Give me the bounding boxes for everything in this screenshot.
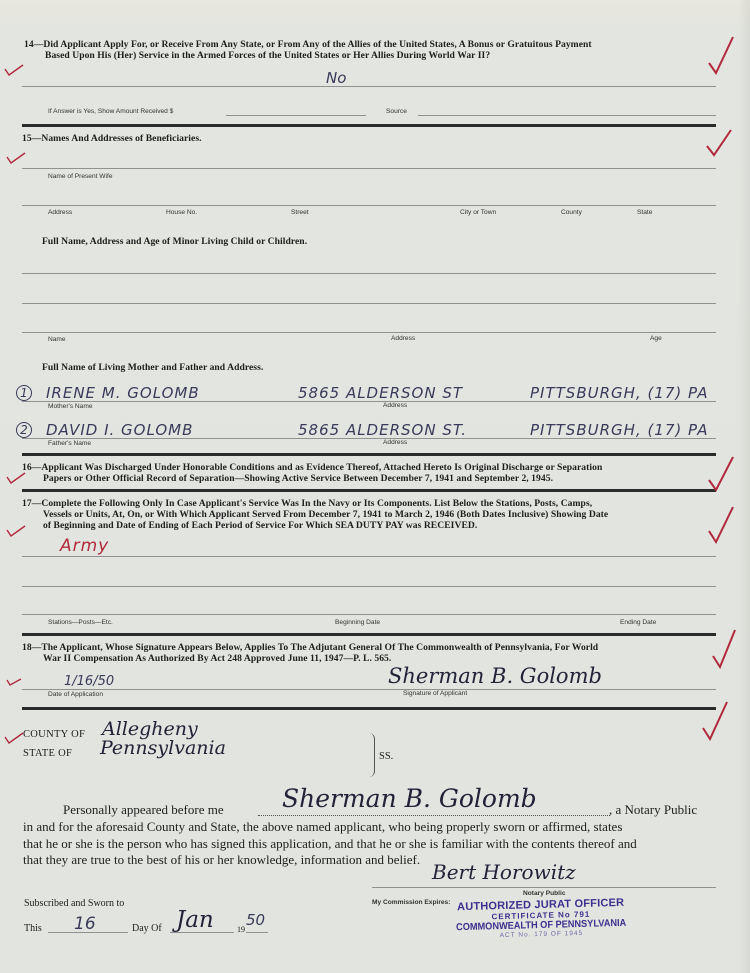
jurat-body-line-2: that he or she is the person who has sig… — [23, 836, 723, 853]
source-field[interactable] — [418, 115, 716, 116]
child-name-label: Name — [48, 336, 66, 343]
check-mark-icon — [4, 63, 24, 77]
question-17-line-3: of Beginning and Date of Ending of Each … — [22, 520, 722, 531]
state-label: State — [637, 209, 652, 216]
children-heading: Full Name, Address and Age of Minor Livi… — [42, 236, 307, 247]
application-date[interactable]: 1/16/50 — [64, 674, 114, 689]
amount-label: If Answer is Yes, Show Amount Received $ — [48, 108, 173, 115]
application-form-page: 14—Did Applicant Apply For, or Receive F… — [0, 0, 750, 973]
jurat-body-line-1: in and for the aforesaid County and Stat… — [23, 819, 723, 836]
father-name-label: Father's Name — [48, 440, 91, 447]
question-16: 16—Applicant Was Discharged Under Honora… — [22, 462, 722, 484]
source-label: Source — [386, 108, 407, 115]
beginning-date-label: Beginning Date — [335, 619, 380, 626]
bracket — [368, 733, 375, 777]
street-label: Street — [291, 209, 309, 216]
check-mark-icon — [706, 505, 736, 545]
year-prefix: 19 — [237, 925, 245, 934]
mother-address[interactable]: 5865 ALDERSON ST — [298, 384, 463, 402]
question-18-line-1: 18—The Applicant, Whose Signature Appear… — [22, 642, 598, 653]
subscribed-label: Subscribed and Sworn to — [24, 898, 124, 909]
ending-date-label: Ending Date — [620, 619, 656, 626]
signature-of-applicant-label: Signature of Applicant — [403, 690, 467, 697]
signature-line — [22, 689, 716, 690]
appeared-prefix: Personally appeared before me — [63, 802, 224, 818]
father-marker: 2 — [16, 422, 32, 438]
question-14-answer[interactable]: No — [326, 69, 346, 87]
commission-expires-label: My Commission Expires: — [372, 899, 450, 906]
check-mark-icon — [704, 128, 734, 158]
stations-line-3[interactable] — [22, 614, 716, 615]
appeared-suffix: , a Notary Public — [609, 802, 697, 818]
check-mark-icon — [6, 151, 26, 165]
question-14-line-2: Based Upon His (Her) Service in the Arme… — [24, 50, 724, 61]
check-mark-icon — [706, 455, 736, 493]
child-age-label: Age — [650, 335, 662, 342]
question-16-line-2: Papers or Other Official Record of Separ… — [22, 473, 722, 484]
stations-line-1[interactable] — [22, 556, 716, 557]
father-name[interactable]: DAVID I. GOLOMB — [46, 421, 193, 439]
jurat-officer-stamp: AUTHORIZED JURAT OFFICER CERTIFICATE No … — [446, 897, 637, 941]
question-18-line-2: War II Compensation As Authorized By Act… — [22, 653, 722, 664]
check-mark-icon — [4, 731, 24, 745]
state-label: STATE OF — [23, 748, 72, 759]
father-address-label: Address — [383, 439, 407, 446]
stations-line-2[interactable] — [22, 586, 716, 587]
county-label: County — [561, 209, 582, 216]
question-16-line-1: 16—Applicant Was Discharged Under Honora… — [22, 462, 602, 473]
day-value[interactable]: 16 — [74, 914, 96, 934]
amount-field[interactable] — [226, 115, 366, 116]
jurat-body: in and for the aforesaid County and Stat… — [23, 819, 723, 869]
section-divider — [22, 453, 716, 456]
question-17-answer[interactable]: Army — [60, 536, 109, 556]
applicant-signature[interactable]: Sherman B. Golomb — [388, 664, 602, 688]
parents-heading: Full Name of Living Mother and Father an… — [42, 362, 263, 373]
year-field-line — [246, 932, 268, 933]
question-17-line-1: 17—Complete the Following Only In Case A… — [22, 498, 592, 509]
notary-signature-line — [372, 887, 716, 888]
section-divider — [22, 489, 716, 492]
section-divider — [22, 124, 716, 127]
father-address[interactable]: 5865 ALDERSON ST. — [298, 421, 467, 439]
day-of-label: Day Of — [132, 923, 162, 934]
jurat-body-line-3: that they are true to the best of his or… — [23, 852, 723, 869]
check-mark-icon — [706, 35, 736, 77]
this-label: This — [24, 923, 42, 934]
question-14: 14—Did Applicant Apply For, or Receive F… — [24, 39, 724, 61]
address-field[interactable] — [22, 205, 716, 206]
house-no-label: House No. — [166, 209, 197, 216]
page-edge — [738, 0, 750, 973]
question-17: 17—Complete the Following Only In Case A… — [22, 498, 722, 531]
child-line-3[interactable] — [22, 332, 716, 333]
county-label: COUNTY OF — [23, 729, 85, 740]
state-value[interactable]: Pennsylvania — [100, 737, 226, 759]
check-mark-icon — [6, 471, 26, 485]
section-divider — [22, 707, 716, 710]
check-mark-icon — [710, 628, 738, 670]
notary-signature[interactable]: Bert Horowitz — [432, 860, 576, 884]
check-mark-icon — [700, 700, 730, 742]
mother-marker: 1 — [16, 385, 32, 401]
mother-address-label: Address — [383, 402, 407, 409]
check-mark-icon — [6, 524, 26, 538]
address-label: Address — [48, 209, 72, 216]
stations-label: Stations—Posts—Etc. — [48, 619, 113, 626]
answer-line — [22, 86, 716, 87]
mother-line — [22, 401, 716, 402]
notary-public-label: Notary Public — [523, 890, 566, 897]
month-value[interactable]: Jan — [176, 907, 214, 933]
mother-city[interactable]: PITTSBURGH, (17) PA — [530, 384, 709, 402]
father-city[interactable]: PITTSBURGH, (17) PA — [530, 421, 709, 439]
appeared-name-field[interactable] — [258, 815, 610, 816]
father-line — [22, 438, 716, 439]
check-mark-icon — [6, 676, 22, 686]
wife-label: Name of Present Wife — [48, 173, 113, 180]
year-value[interactable]: 50 — [246, 911, 265, 929]
question-17-line-2: Vessels or Units, At, On, or With Which … — [22, 509, 722, 520]
section-divider — [22, 633, 716, 636]
question-14-line-1: 14—Did Applicant Apply For, or Receive F… — [24, 39, 592, 50]
question-18: 18—The Applicant, Whose Signature Appear… — [22, 642, 722, 664]
child-line-1[interactable] — [22, 273, 716, 274]
city-label: City or Town — [460, 209, 496, 216]
ss-label: SS. — [379, 751, 393, 762]
wife-field[interactable] — [22, 168, 716, 169]
question-15: 15—Names And Addresses of Beneficiaries. — [22, 133, 202, 144]
child-line-2[interactable] — [22, 303, 716, 304]
mother-name-label: Mother's Name — [48, 403, 93, 410]
date-of-application-label: Date of Application — [48, 691, 103, 698]
mother-name[interactable]: IRENE M. GOLOMB — [46, 384, 200, 402]
child-address-label: Address — [391, 335, 415, 342]
appeared-name[interactable]: Sherman B. Golomb — [282, 784, 537, 813]
